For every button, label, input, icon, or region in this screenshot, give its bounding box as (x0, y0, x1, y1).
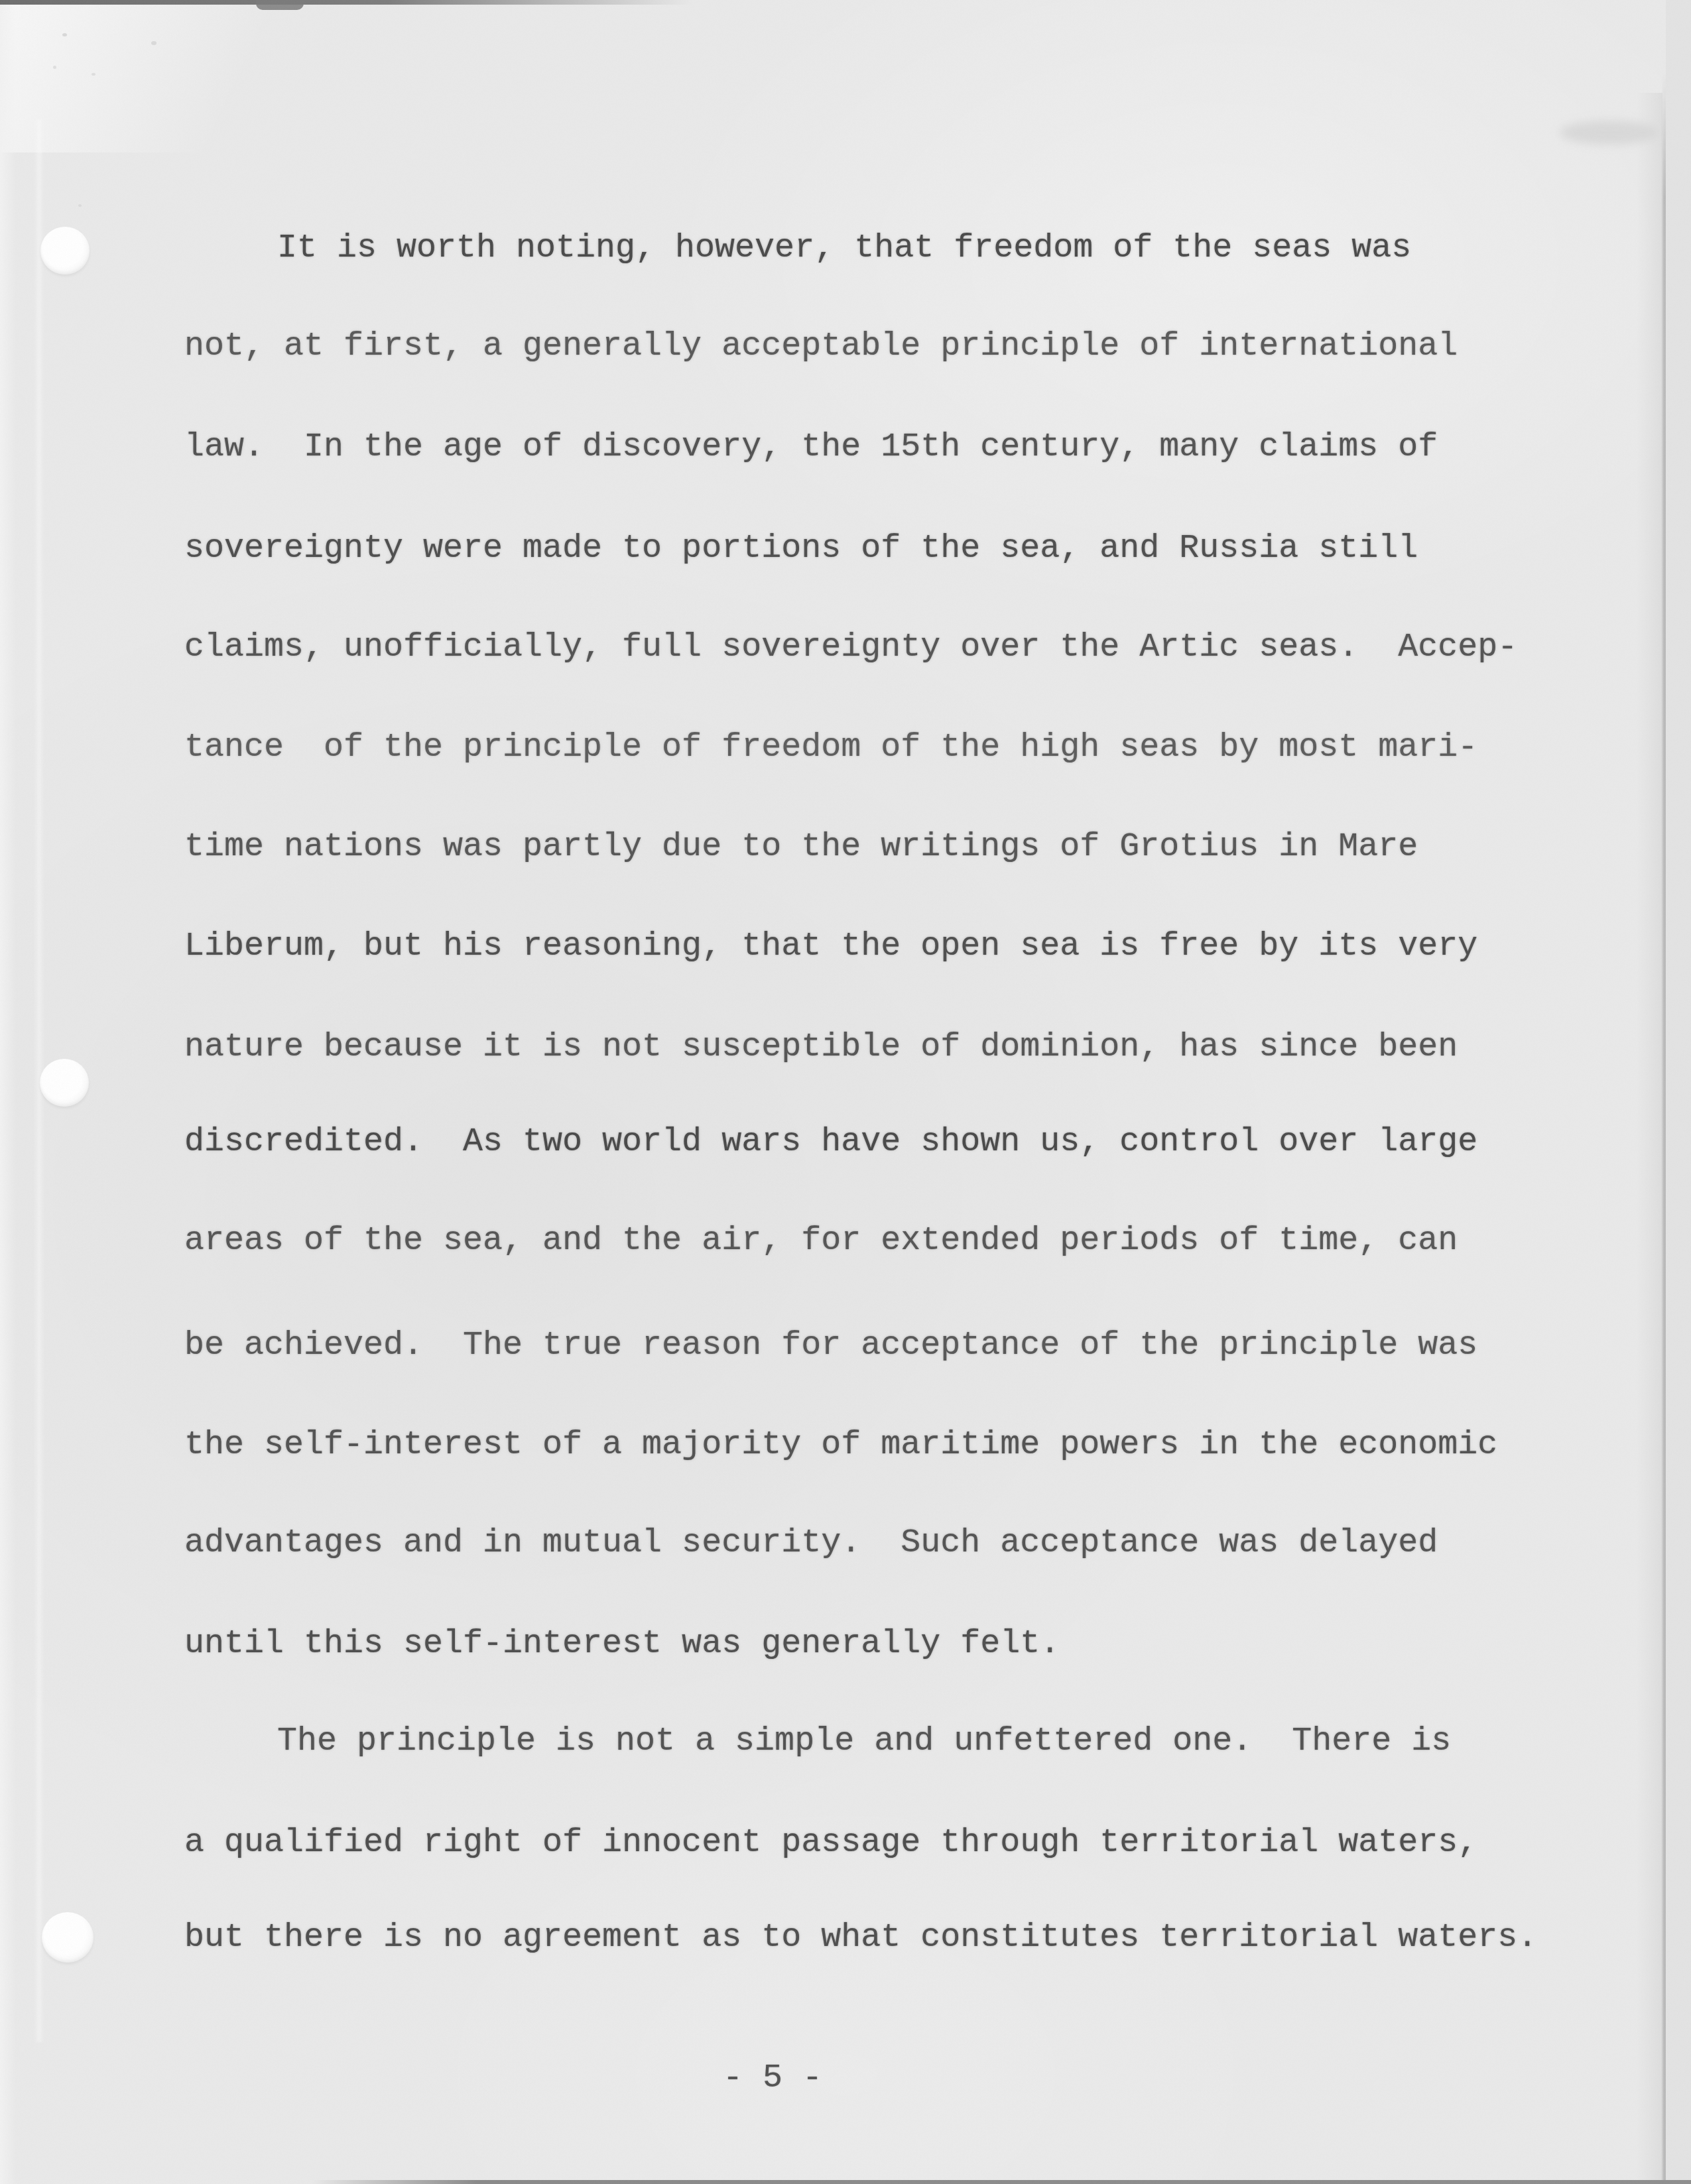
scan-edge-bottom (312, 2180, 1691, 2184)
scan-background-right (1666, 0, 1691, 2184)
scan-edge-left (0, 0, 16, 2184)
text-line: The principle is not a simple and unfett… (277, 1725, 1451, 1758)
text-line: law. In the age of discovery, the 15th c… (184, 431, 1438, 464)
text-line: discredited. As two world wars have show… (184, 1126, 1477, 1159)
paper-speck (78, 204, 82, 207)
punch-hole-top (40, 227, 90, 274)
text-line: be achieved. The true reason for accepta… (184, 1329, 1477, 1363)
scan-edge-top (0, 0, 706, 5)
scanned-typewritten-page: It is worth noting, however, that freedo… (0, 0, 1691, 2184)
paper-edge-shadow (1636, 93, 1662, 2184)
text-line: advantages and in mutual security. Such … (184, 1527, 1438, 1560)
paper-speck (62, 33, 67, 36)
page-number: - 5 - (723, 2062, 822, 2095)
paper-corner-sheen (0, 0, 411, 152)
scan-edge-notch (256, 0, 304, 10)
text-line: until this self-interest was generally f… (184, 1628, 1060, 1661)
text-line: It is worth noting, however, that freedo… (277, 232, 1411, 265)
paper-speck (53, 66, 56, 69)
text-line: Liberum, but his reasoning, that the ope… (184, 930, 1477, 963)
faint-stamp-smudge (1560, 121, 1659, 145)
text-line: nature because it is not susceptible of … (184, 1031, 1458, 1064)
text-line: but there is no agreement as to what con… (184, 1921, 1537, 1955)
text-line: time nations was partly due to the writi… (184, 831, 1418, 864)
punch-hole-middle (40, 1059, 89, 1107)
paper-speck (151, 41, 157, 45)
text-line: the self-interest of a majority of marit… (184, 1429, 1497, 1462)
punch-hole-bottom (42, 1912, 94, 1963)
text-line: areas of the sea, and the air, for exten… (184, 1225, 1458, 1258)
text-line: a qualified right of innocent passage th… (184, 1827, 1477, 1860)
text-line: not, at first, a generally acceptable pr… (184, 330, 1458, 363)
text-line: tance of the principle of freedom of the… (184, 731, 1477, 764)
paper-speck (92, 73, 95, 76)
text-line: claims, unofficially, full sovereignty o… (184, 631, 1517, 664)
text-line: sovereignty were made to portions of the… (184, 532, 1418, 566)
